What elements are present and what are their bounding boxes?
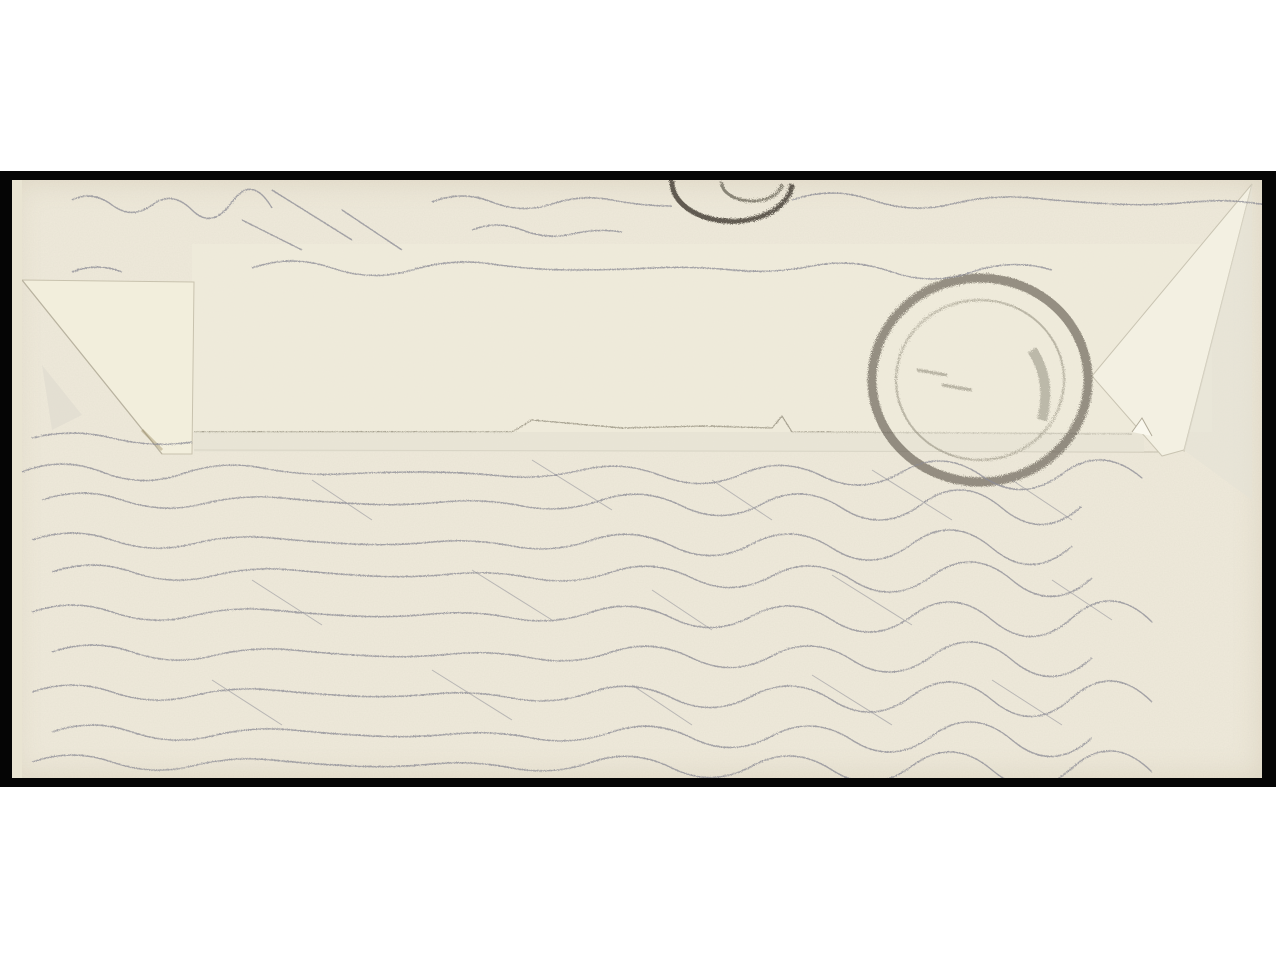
folded-letter [12, 180, 1262, 778]
closing-flap [192, 244, 1212, 452]
letter-artwork [12, 180, 1262, 778]
